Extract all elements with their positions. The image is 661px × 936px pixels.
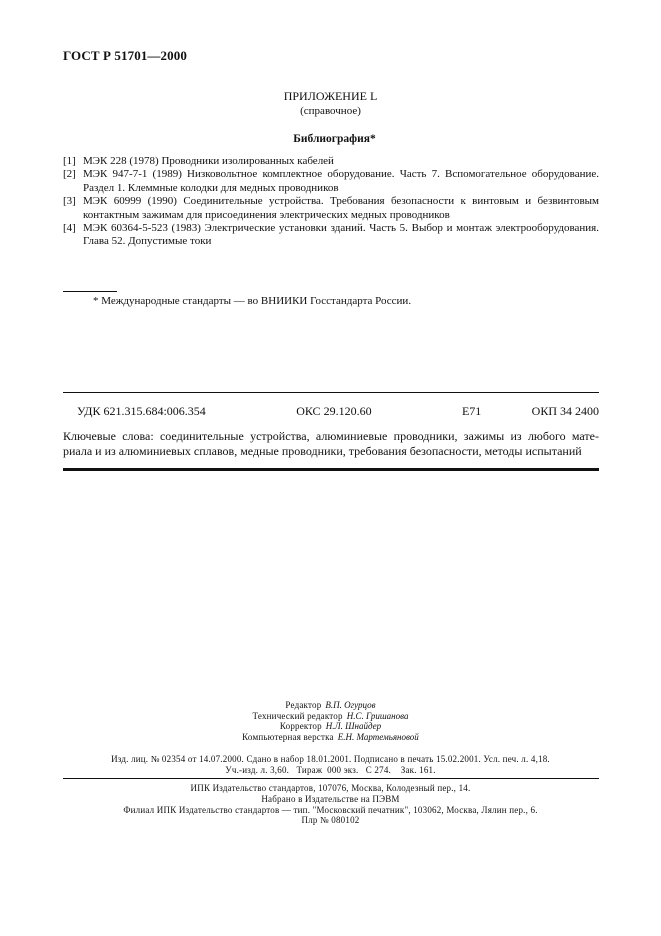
document-code: ГОСТ Р 51701—2000 — [63, 48, 187, 64]
publication-line-1: Изд. лиц. № 02354 от 14.07.2000. Сдано в… — [0, 754, 661, 765]
group-code: Е71 — [462, 404, 481, 419]
credit-proofreader: КорректорН.Л. Шнайдер — [0, 721, 661, 732]
credits: РедакторВ.П. Огурцов Технический редакто… — [0, 700, 661, 742]
appendix-title: ПРИЛОЖЕНИЕ L — [0, 89, 661, 104]
printing-line-3: Филиал ИПК Издательство стандартов — тип… — [0, 805, 661, 816]
printing-line-1: ИПК Издательство стандартов, 107076, Мос… — [0, 783, 661, 794]
credit-name: Н.Л. Шнайдер — [326, 721, 381, 731]
credit-name: В.П. Огурцов — [325, 700, 375, 710]
credit-name: Н.С. Гришанова — [347, 711, 409, 721]
printing-line-4: Плр № 080102 — [0, 815, 661, 826]
appendix-subtitle: (справочное) — [0, 105, 661, 117]
bibliography-item: [3] МЭК 60999 (1990) Соединительные устр… — [63, 195, 599, 222]
keywords: Ключевые слова: соединительные устройств… — [63, 429, 599, 458]
oks-code: ОКС 29.120.60 — [296, 404, 371, 419]
keywords-line-1: Ключевые слова: соединительные устройств… — [63, 429, 599, 444]
bibliography-item-text: МЭК 60999 (1990) Соединительные устройст… — [83, 195, 599, 220]
printing-info: ИПК Издательство стандартов, 107076, Мос… — [0, 783, 661, 826]
bibliography-item-number: [4] — [63, 222, 76, 235]
bibliography-item: [2] МЭК 947-7-1 (1989) Низковольтное ком… — [63, 168, 599, 195]
credit-name: Е.Н. Мартемьяновой — [338, 732, 419, 742]
top-divider — [63, 392, 599, 393]
bibliography-item-number: [3] — [63, 195, 76, 208]
publication-line-2: Уч.-изд. л. 3,60. Тираж 000 экз. С 274. … — [0, 765, 661, 776]
credit-role: Компьютерная верстка — [242, 732, 334, 742]
credit-tech-editor: Технический редакторН.С. Гришанова — [0, 711, 661, 722]
udk-code: УДК 621.315.684:006.354 — [77, 404, 206, 419]
bibliography-item: [4] МЭК 60364-5-523 (1983) Электрические… — [63, 222, 599, 249]
bottom-divider-thick — [63, 468, 599, 471]
credit-role: Редактор — [285, 700, 321, 710]
credit-role: Корректор — [280, 721, 322, 731]
bibliography-title: Библиография* — [4, 133, 661, 145]
bibliography-list: [1] МЭК 228 (1978) Проводники изолирован… — [63, 155, 599, 249]
publication-info: Изд. лиц. № 02354 от 14.07.2000. Сдано в… — [0, 754, 661, 775]
credit-layout: Компьютерная версткаЕ.Н. Мартемьяновой — [0, 732, 661, 743]
keywords-line-2: риала и из алюминиевых сплавов, медные п… — [63, 444, 599, 459]
footnote-divider — [63, 291, 117, 292]
bibliography-item-number: [1] — [63, 155, 76, 168]
bibliography-item-text: МЭК 60364-5-523 (1983) Электрические уст… — [83, 222, 599, 247]
okp-code: ОКП 34 2400 — [532, 404, 599, 419]
bibliography-item-number: [2] — [63, 168, 76, 181]
bibliography-item: [1] МЭК 228 (1978) Проводники изолирован… — [63, 155, 599, 168]
printing-line-2: Набрано в Издательстве на ПЭВМ — [0, 794, 661, 805]
imprint-divider — [63, 778, 599, 779]
footnote: * Международные стандарты — во ВНИИКИ Го… — [93, 295, 411, 307]
bibliography-item-text: МЭК 947-7-1 (1989) Низковольтное комплек… — [83, 168, 599, 193]
credit-role: Технический редактор — [253, 711, 343, 721]
bibliography-item-text: МЭК 228 (1978) Проводники изолированных … — [83, 155, 334, 167]
credit-editor: РедакторВ.П. Огурцов — [0, 700, 661, 711]
classification-row: УДК 621.315.684:006.354 ОКС 29.120.60 Е7… — [77, 404, 599, 419]
